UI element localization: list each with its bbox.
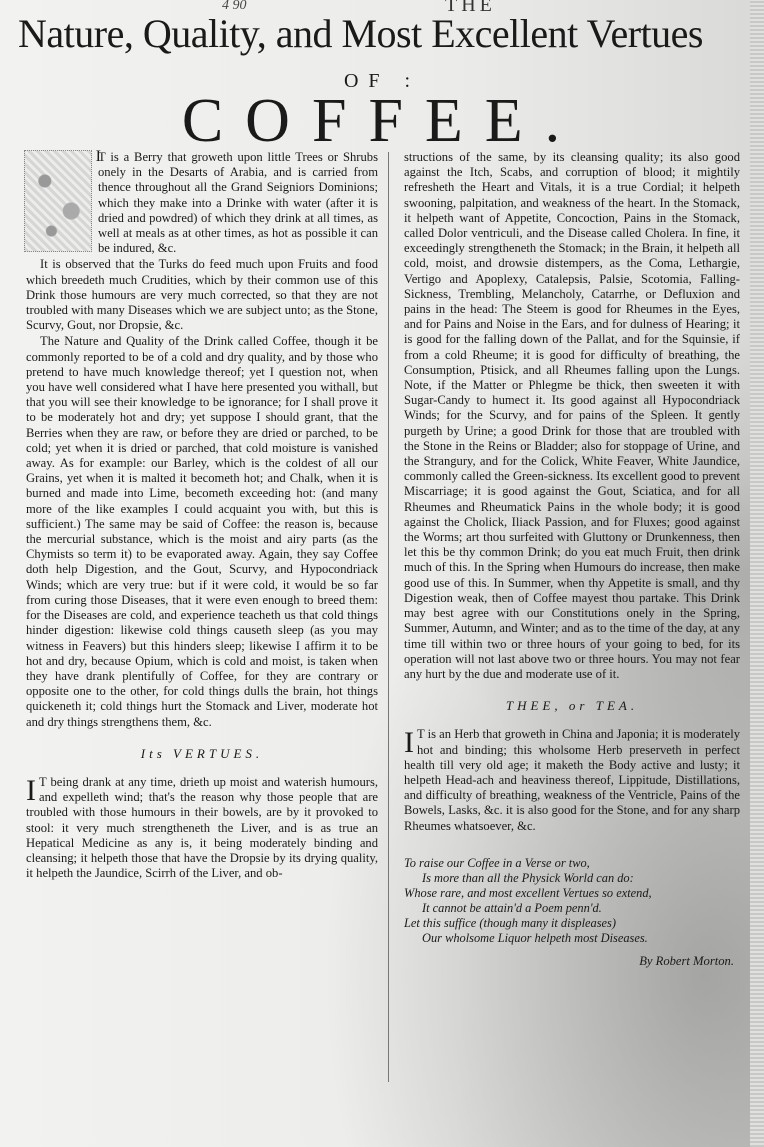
poem-line: To raise our Coffee in a Verse or two, bbox=[404, 856, 740, 871]
poem-line: Is more than all the Physick World can d… bbox=[404, 871, 740, 886]
title-coffee: COFFEE. bbox=[0, 88, 764, 154]
vertues-continued-paragraph: structions of the same, by its cleansing… bbox=[404, 150, 740, 682]
poem-line: Whose rare, and most excellent Vertues s… bbox=[404, 886, 740, 901]
poem-line: Let this suffice (though many it displea… bbox=[404, 916, 740, 931]
poem-line: It cannot be attain'd a Poem penn'd. bbox=[404, 901, 740, 916]
poem: To raise our Coffee in a Verse or two, I… bbox=[404, 856, 740, 946]
tea-dropcap: I bbox=[404, 729, 414, 757]
page-title: Nature, Quality, and Most Excellent Vert… bbox=[18, 12, 758, 56]
dropcap-letter: I bbox=[96, 149, 101, 164]
nature-quality-paragraph: The Nature and Quality of the Drink call… bbox=[26, 334, 378, 729]
left-column: I T is a Berry that groweth upon little … bbox=[26, 150, 378, 882]
vertues-heading: Its VERTUES. bbox=[26, 746, 378, 761]
tea-heading: THEE, or TEA. bbox=[404, 698, 740, 713]
vertues-dropcap: I bbox=[26, 777, 36, 805]
ornamental-dropcap-icon: I bbox=[24, 150, 92, 252]
column-divider bbox=[388, 152, 389, 1082]
scan-edge bbox=[750, 0, 764, 1147]
author-signature: By Robert Morton. bbox=[404, 954, 740, 969]
poem-line: Our wholsome Liquor helpeth most Disease… bbox=[404, 931, 740, 946]
tea-paragraph: T is an Herb that groweth in China and J… bbox=[404, 727, 740, 833]
right-column: structions of the same, by its cleansing… bbox=[404, 150, 740, 969]
turks-paragraph: It is observed that the Turks do feed mu… bbox=[26, 257, 378, 333]
vertues-paragraph: T being drank at any time, drieth up moi… bbox=[26, 775, 378, 881]
